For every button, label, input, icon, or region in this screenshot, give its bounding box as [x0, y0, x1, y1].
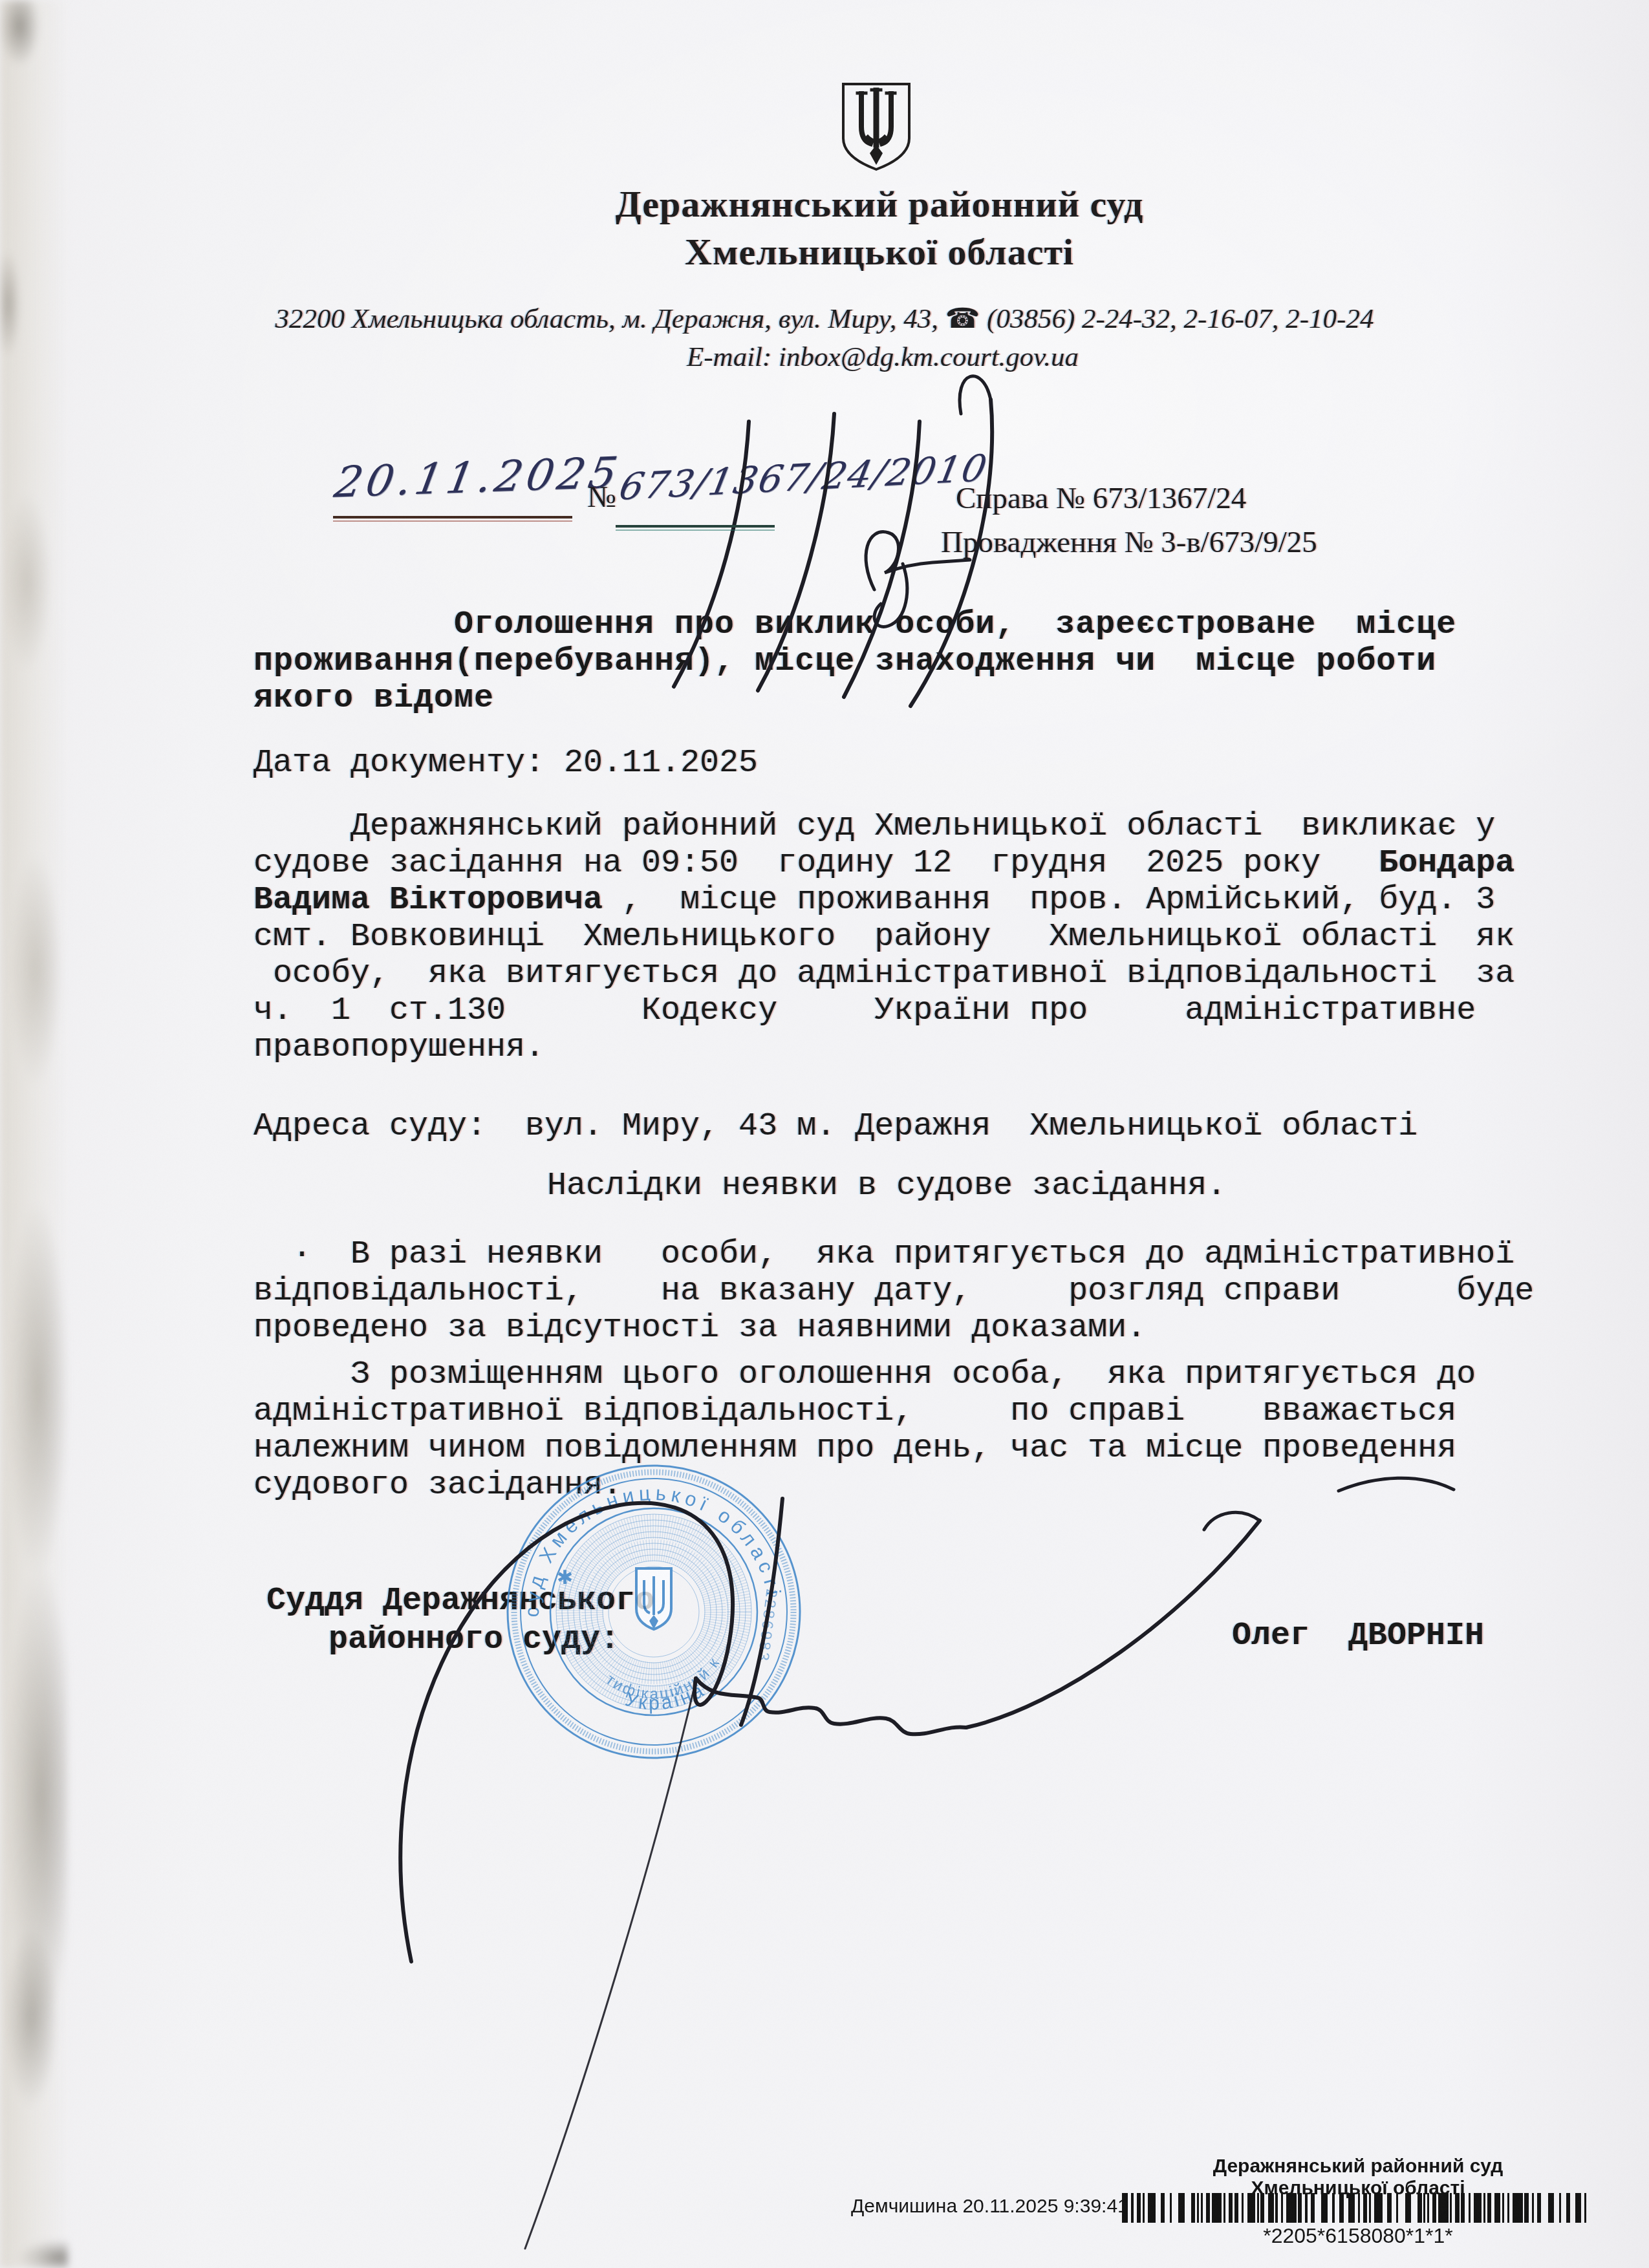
barcode-bar: [1438, 2193, 1449, 2223]
barcode-bar: [1197, 2193, 1199, 2223]
barcode-bar: [1487, 2193, 1491, 2223]
barcode-bar: [1268, 2193, 1274, 2223]
footer-operator-line: Демчишина 20.11.2025 9:39:41: [851, 2196, 1128, 2218]
barcode-bar: [1387, 2193, 1391, 2223]
barcode-bar: [1513, 2193, 1523, 2223]
barcode-bar: [1298, 2193, 1302, 2223]
barcode-bar: [1575, 2193, 1581, 2223]
barcode-bar: [1584, 2193, 1586, 2223]
barcode-bar: [1537, 2193, 1541, 2223]
barcode-bar: [1212, 2193, 1222, 2223]
barcode-bar: [1483, 2193, 1485, 2223]
scanned-court-document: Деражнянський районний суд Хмельницької …: [0, 0, 1649, 2268]
barcode-bar: [1201, 2193, 1203, 2223]
barcode-bar: [1131, 2193, 1133, 2223]
barcode-bar: [1450, 2193, 1452, 2223]
barcode-bar: [1170, 2193, 1172, 2223]
barcode-bar: [1257, 2193, 1259, 2223]
barcode-bar: [1234, 2193, 1238, 2223]
barcode-bar: [1461, 2193, 1465, 2223]
barcode-bar: [1396, 2193, 1398, 2223]
barcode-bar: [1332, 2193, 1334, 2223]
barcode-bar: [1524, 2193, 1528, 2223]
barcode-bar: [1286, 2193, 1297, 2223]
barcode-bar: [1223, 2193, 1225, 2223]
barcode-bar: [1548, 2193, 1554, 2223]
barcode-bar: [1417, 2193, 1421, 2223]
barcode-bar: [1532, 2193, 1534, 2223]
barcode-bar: [1122, 2193, 1128, 2223]
barcode-bar: [1559, 2193, 1561, 2223]
barcode-bar: [1260, 2193, 1264, 2223]
barcode-bar: [1494, 2193, 1500, 2223]
barcode-bar: [1469, 2193, 1471, 2223]
barcode-bar: [1143, 2193, 1145, 2223]
barcode-bar: [1137, 2193, 1141, 2223]
barcode-bar: [1206, 2193, 1210, 2223]
barcode-bar: [1305, 2193, 1307, 2223]
barcode-bar: [1374, 2193, 1382, 2223]
barcode-bar: [1275, 2193, 1277, 2223]
barcode-bar: [1339, 2193, 1343, 2223]
barcode-bar: [1423, 2193, 1425, 2223]
barcode-bar: [1311, 2193, 1315, 2223]
barcode-bar: [1566, 2193, 1570, 2223]
barcode-bar: [1242, 2193, 1244, 2223]
barcode-bar: [1427, 2193, 1429, 2223]
barcode-bar: [1321, 2193, 1327, 2223]
barcode-bar: [1474, 2193, 1482, 2223]
barcode-bar: [1455, 2193, 1459, 2223]
barcode-bar: [1369, 2193, 1371, 2223]
barcode-bar: [1348, 2193, 1354, 2223]
barcode-bar: [1358, 2193, 1360, 2223]
barcode-bar: [1432, 2193, 1436, 2223]
barcode-bar: [1507, 2193, 1509, 2223]
barcode-caption: *2205*6158080*1*1*: [1099, 2224, 1617, 2248]
barcode-bar: [1191, 2193, 1195, 2223]
barcode-bar: [1229, 2193, 1233, 2223]
judge-signature-ink: [0, 0, 1649, 2268]
barcode-bar: [1148, 2193, 1156, 2223]
barcode-bar: [1502, 2193, 1504, 2223]
barcode: [1122, 2193, 1594, 2223]
barcode-bar: [1161, 2193, 1165, 2223]
barcode-bar: [1363, 2193, 1367, 2223]
barcode-bar: [1178, 2193, 1184, 2223]
barcode-bar: [1247, 2193, 1255, 2223]
barcode-bar: [1281, 2193, 1283, 2223]
footer-court-line1: Деражнянський районний суд: [1099, 2156, 1617, 2177]
barcode-bar: [1405, 2193, 1411, 2223]
